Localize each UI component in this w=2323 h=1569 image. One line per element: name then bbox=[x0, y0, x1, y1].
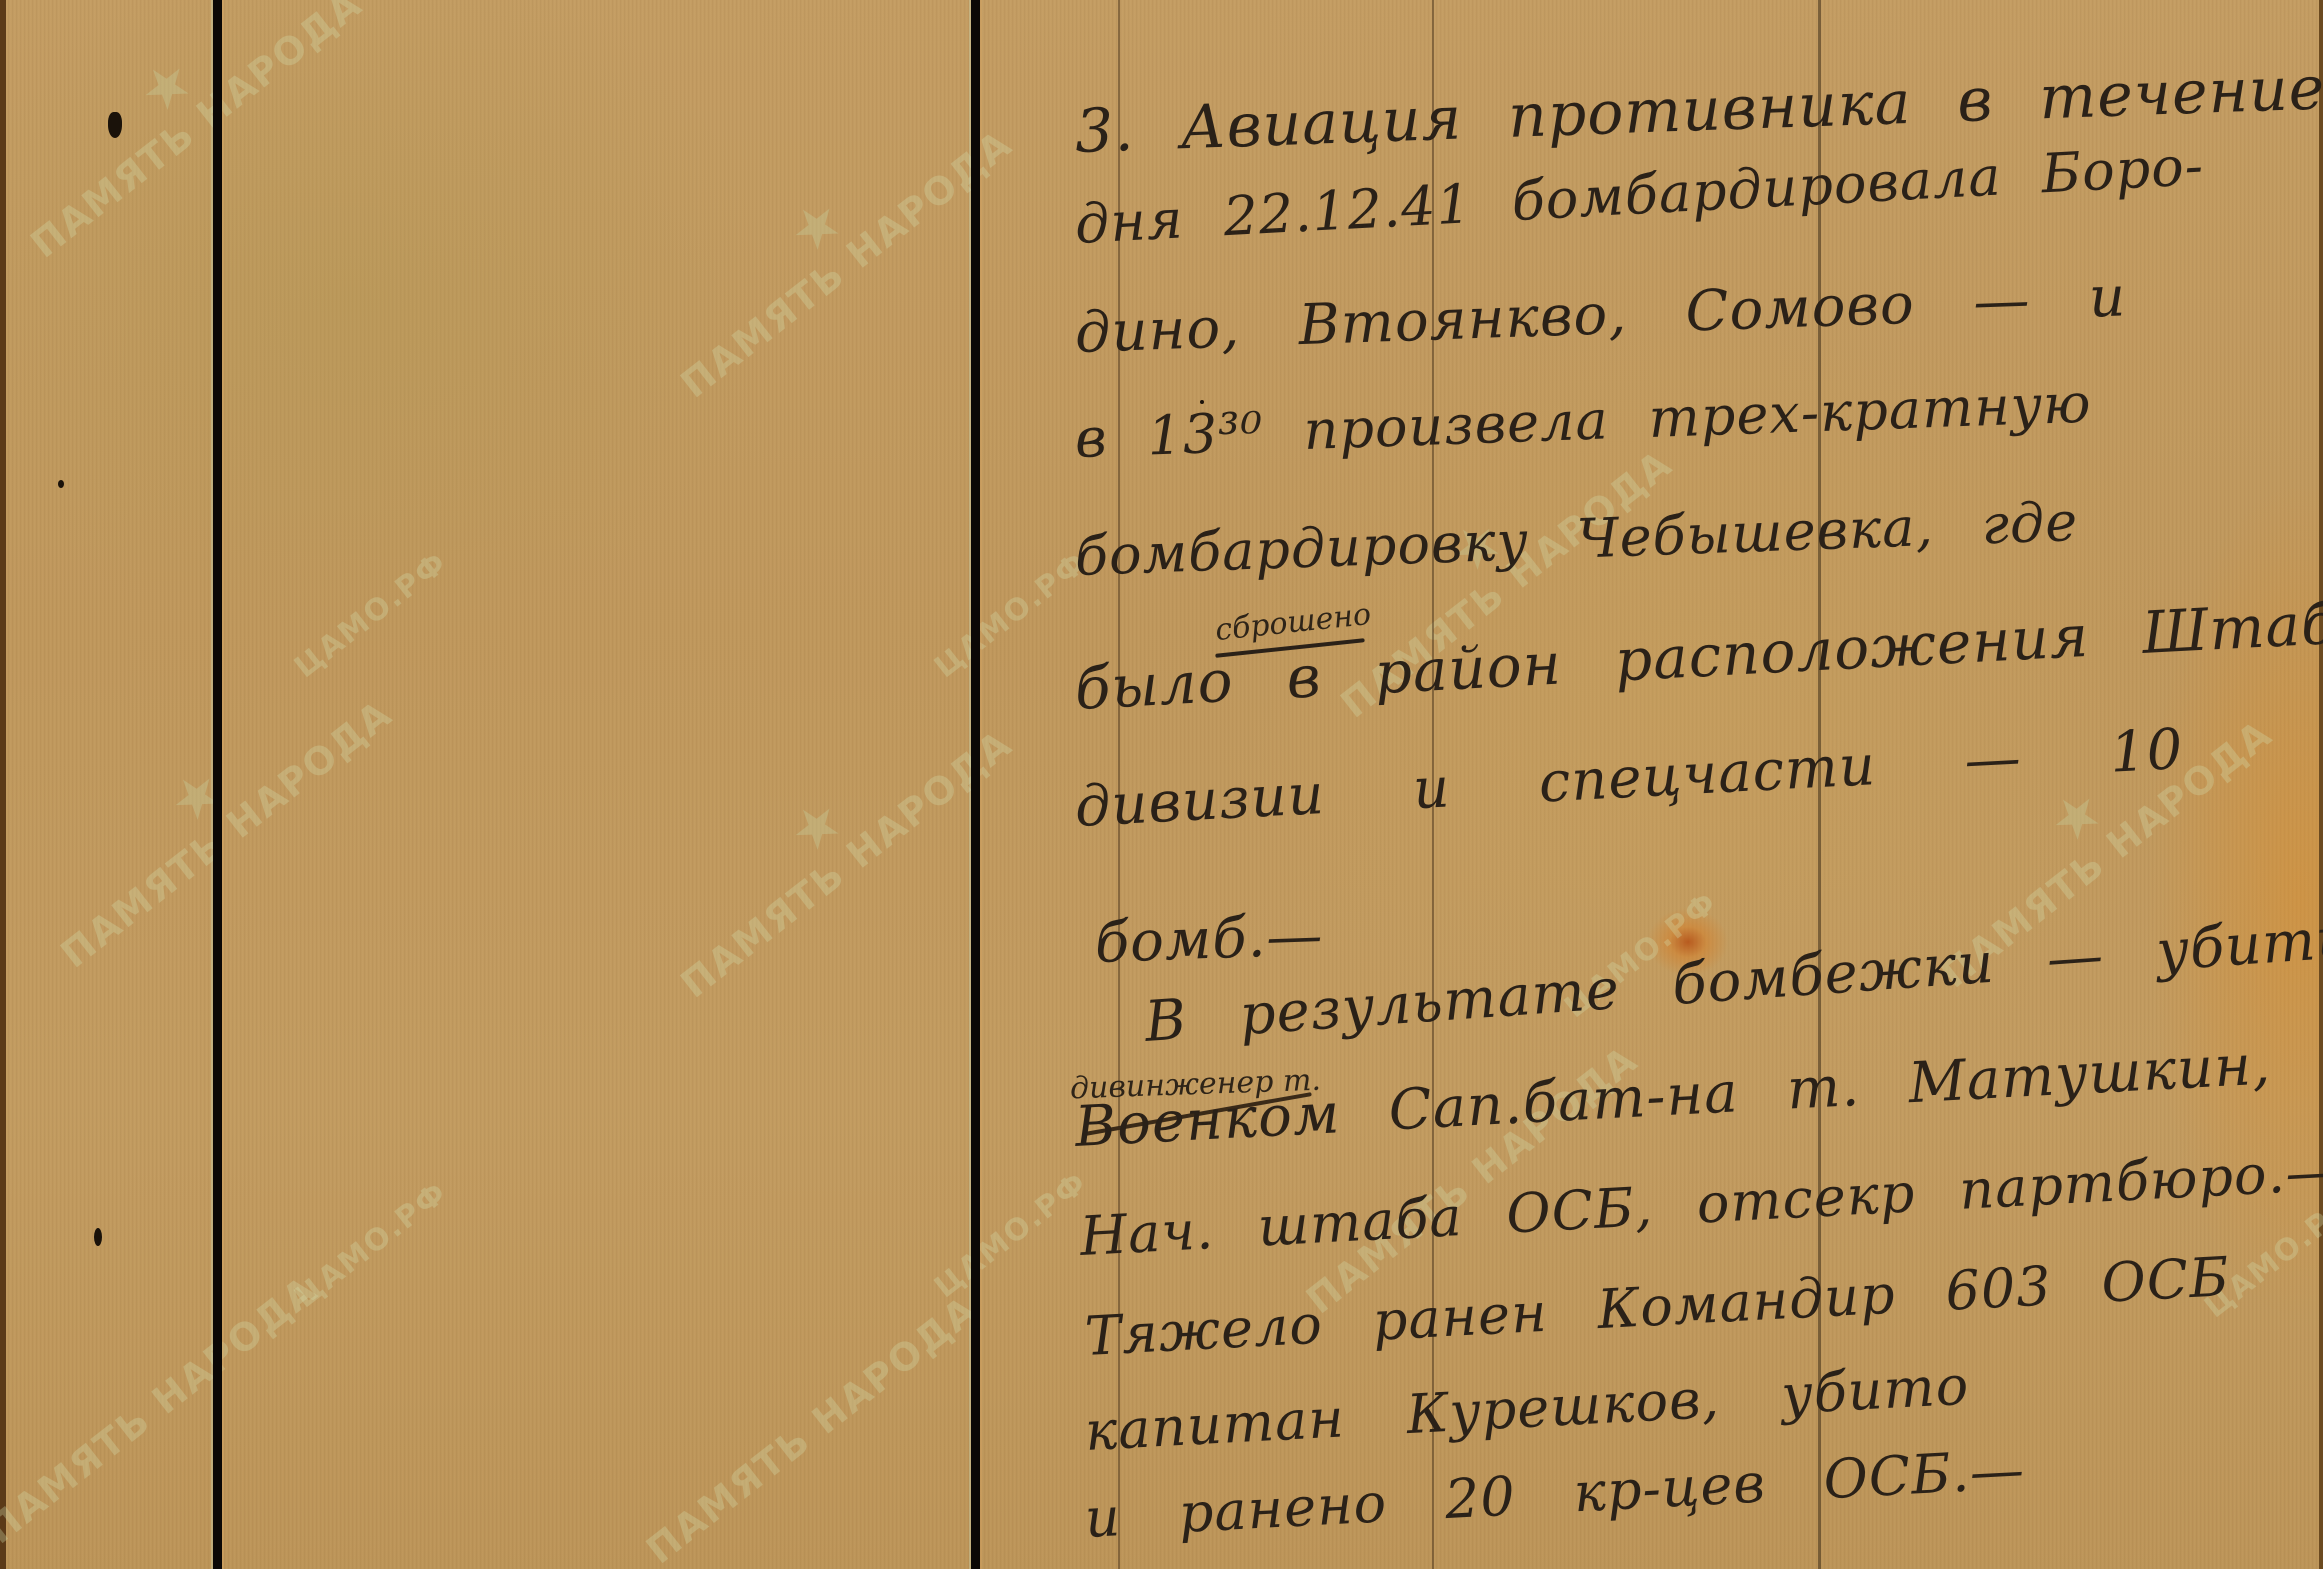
column-rule-right bbox=[971, 0, 980, 1569]
watermark: ПАМЯТЬ НАРОДА bbox=[0, 1269, 324, 1550]
star-icon: ★ bbox=[20, 649, 375, 944]
archival-document-page: ★ ПАМЯТЬ НАРОДА ★ ПАМЯТЬ НАРОДА ПАМЯТЬ Н… bbox=[0, 0, 2323, 1569]
text-line: и ранено 20 кр-цев ОСБ.— bbox=[1084, 1443, 2027, 1546]
punch-hole bbox=[108, 112, 122, 138]
star-icon: ★ bbox=[640, 79, 995, 374]
text-line: Военком Сап.бат-на т. Матушкин, bbox=[1074, 1037, 2273, 1156]
watermark: ЦАМО.РФ bbox=[290, 1177, 453, 1314]
watermark: ЦАМО.РФ bbox=[930, 547, 1093, 684]
watermark: ★ ПАМЯТЬ НАРОДА bbox=[640, 679, 1019, 1004]
page-right-edge bbox=[2319, 0, 2323, 1569]
watermark: ЦАМО.РФ bbox=[930, 1167, 1093, 1304]
text-line: Тяжело ранен Командир 603 ОСБ bbox=[1084, 1250, 2232, 1364]
star-icon: ★ bbox=[0, 0, 345, 234]
watermark: ★ ПАМЯТЬ НАРОДА bbox=[20, 649, 399, 974]
watermark: ★ ПАМЯТЬ НАРОДА bbox=[0, 0, 369, 264]
text-line: в 13³⁰ произвела трех-кратную bbox=[1074, 377, 2092, 466]
page-left-edge bbox=[0, 0, 6, 1569]
star-icon: ★ bbox=[640, 679, 995, 974]
watermark: ЦАМО.РФ bbox=[290, 547, 453, 684]
text-line: дино, Втоянкво, Сомово — и bbox=[1074, 269, 2127, 362]
text-line: бомб.— bbox=[1094, 908, 1324, 972]
text-line: дивизии и спецчасти — 10 bbox=[1074, 722, 2185, 836]
text-line: капитан Курешков, убито bbox=[1084, 1359, 1971, 1459]
text-line: бомбардировку Чебышевка, где bbox=[1074, 495, 2079, 584]
column-rule-left bbox=[213, 0, 222, 1569]
speck bbox=[94, 1228, 102, 1246]
watermark: ★ ПАМЯТЬ НАРОДА bbox=[640, 79, 1019, 404]
text-line: Нач. штаба ОСБ, отсекр партбюро.— bbox=[1079, 1144, 2323, 1264]
speck bbox=[58, 480, 64, 488]
watermark: ПАМЯТЬ НАРОДА bbox=[640, 1289, 984, 1569]
